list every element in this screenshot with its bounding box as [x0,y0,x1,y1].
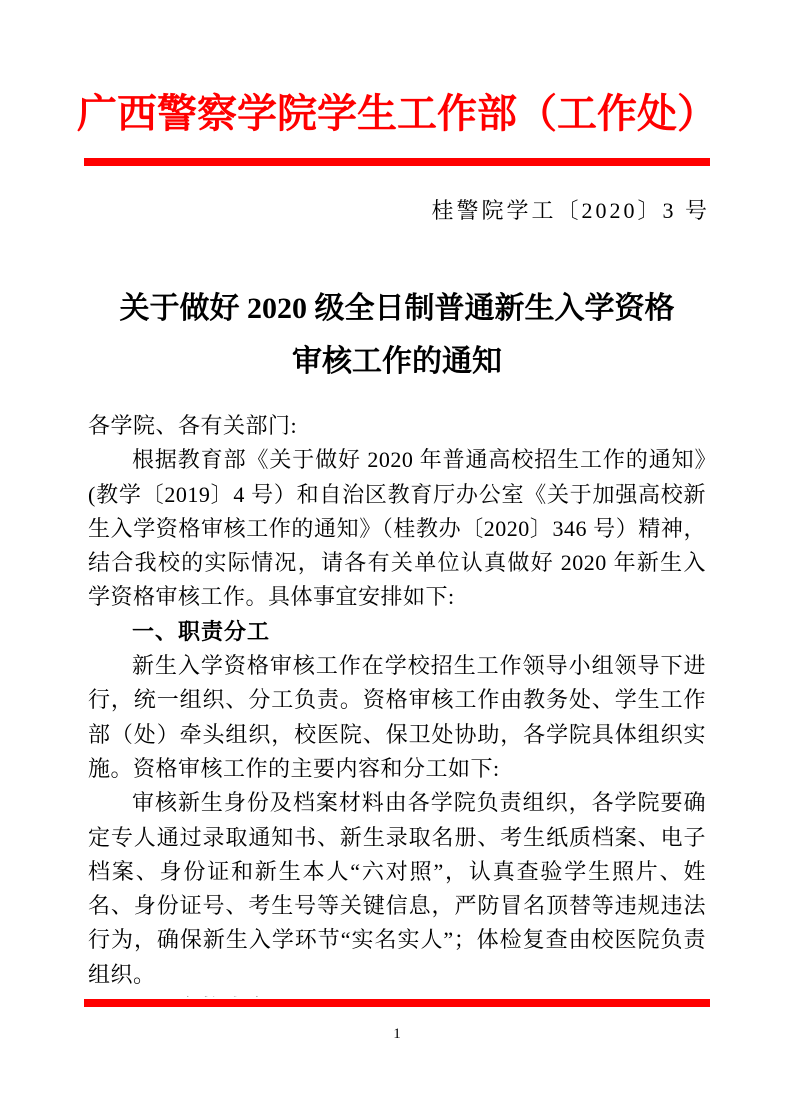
section-heading-2: 二、审核内容 [88,992,706,997]
document-title-line1: 关于做好 2020 级全日制普通新生入学资格 [120,292,675,325]
red-separator-top [84,158,710,166]
paragraph-verification-process: 审核新生身份及档案材料由各学院负责组织，各学院要确定专人通过录取通知书、新生录取… [88,786,706,992]
salutation: 各学院、各有关部门: [88,409,706,443]
paragraph-responsibilities: 新生入学资格审核工作在学校招生工作领导小组领导下进行，统一组织、分工负责。资格审… [88,649,706,786]
official-document-page: 广西警察学院学生工作部（工作处） 桂警院学工〔2020〕3 号 关于做好 202… [0,0,794,1108]
page-number: 1 [0,1024,794,1044]
masthead-title: 广西警察学院学生工作部（工作处） [0,84,794,144]
document-reference-number: 桂警院学工〔2020〕3 号 [431,196,710,226]
document-title-line2: 审核工作的通知 [292,345,502,378]
document-title: 关于做好 2020 级全日制普通新生入学资格 审核工作的通知 [0,282,794,388]
red-separator-bottom [84,999,710,1007]
section-heading-1: 一、职责分工 [88,615,706,649]
document-body: 各学院、各有关部门: 根据教育部《关于做好 2020 年普通高校招生工作的通知》… [88,409,706,997]
paragraph-basis: 根据教育部《关于做好 2020 年普通高校招生工作的通知》(教学〔2019〕4 … [88,443,706,614]
